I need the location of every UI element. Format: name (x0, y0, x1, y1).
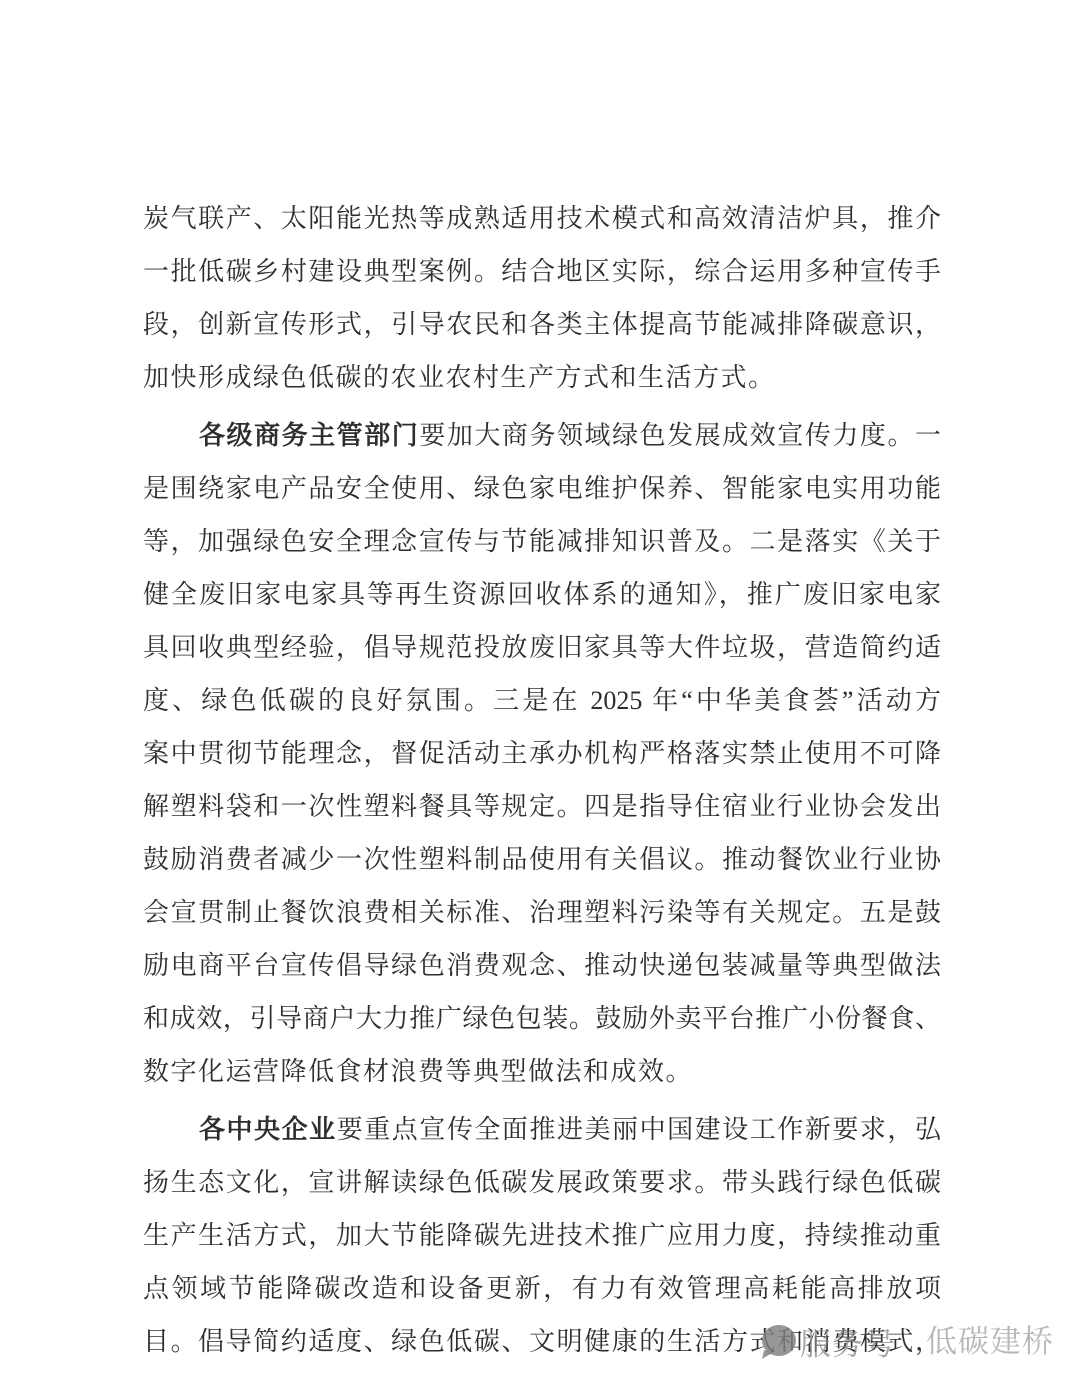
text-line: 加快形成绿色低碳的农业农村生产方式和生活方式。 (143, 351, 941, 404)
text-line: 数字化运营降低食材浪费等典型做法和成效。 (143, 1045, 941, 1098)
text-line: 等，加强绿色安全理念宣传与节能减排知识普及。二是落实《关于 (143, 515, 941, 568)
text-line: 会宣贯制止餐饮浪费相关标准、治理塑料污染等有关规定。五是鼓 (143, 886, 941, 939)
bold-lead-commerce: 各级商务主管部门 (199, 421, 419, 450)
watermark-badge-label: 服务号 (800, 1327, 896, 1363)
text-line: 各中央企业要重点宣传全面推进美丽中国建设工作新要求，弘 (143, 1103, 941, 1156)
text-line: 鼓励消费者减少一次性塑料制品使用有关倡议。推动餐饮业行业协 (143, 833, 941, 886)
text-line: 段，创新宣传形式，引导农民和各类主体提高节能减排降碳意识， (143, 298, 941, 351)
watermark-account-name: 低碳建桥 (926, 1324, 1054, 1360)
text-line: 励电商平台宣传倡导绿色消费观念、推动快递包装减量等典型做法 (143, 939, 941, 992)
text-line: 扬生态文化，宣讲解读绿色低碳发展政策要求。带头践行绿色低碳 (143, 1156, 941, 1209)
text-line: 各级商务主管部门要加大商务领域绿色发展成效宣传力度。一 (143, 409, 941, 462)
watermark-chat-bubble-icon (762, 1325, 796, 1356)
bold-lead-central-enterprises: 各中央企业 (199, 1115, 337, 1144)
text-line: 解塑料袋和一次性塑料餐具等规定。四是指导住宿业行业协会发出 (143, 780, 941, 833)
paragraph-rural-energy: 炭气联产、太阳能光热等成熟适用技术模式和高效清洁炉具，推介 一批低碳乡村建设典型… (143, 192, 941, 404)
text-line: 案中贯彻节能理念，督促活动主承办机构严格落实禁止使用不可降 (143, 727, 941, 780)
text-line: 点领域节能降碳改造和设备更新，有力有效管理高耗能高排放项 (143, 1262, 941, 1315)
text-line: 是围绕家电产品安全使用、绿色家电维护保养、智能家电实用功能 (143, 462, 941, 515)
paragraph-commerce-departments: 各级商务主管部门要加大商务领域绿色发展成效宣传力度。一 是围绕家电产品安全使用、… (143, 409, 941, 1098)
text-line: 和成效，引导商户大力推广绿色包装。鼓励外卖平台推广小份餐食、 (143, 992, 941, 1045)
text-line: 生产生活方式，加大节能降碳先进技术推广应用力度，持续推动重 (143, 1209, 941, 1262)
document-body: 炭气联产、太阳能光热等成熟适用技术模式和高效清洁炉具，推介 一批低碳乡村建设典型… (143, 192, 941, 1368)
text-run: 要加大商务领域绿色发展成效宣传力度。一 (419, 421, 941, 450)
text-line: 具回收典型经验，倡导规范投放废旧家具等大件垃圾，营造简约适 (143, 621, 941, 674)
text-line: 一批低碳乡村建设典型案例。结合地区实际，综合运用多种宣传手 (143, 245, 941, 298)
document-page: 炭气联产、太阳能光热等成熟适用技术模式和高效清洁炉具，推介 一批低碳乡村建设典型… (0, 0, 1080, 1381)
text-line: 炭气联产、太阳能光热等成熟适用技术模式和高效清洁炉具，推介 (143, 192, 941, 245)
text-run: 要重点宣传全面推进美丽中国建设工作新要求，弘 (337, 1115, 941, 1144)
text-line: 度、绿色低碳的良好氛围。三是在 2025 年“中华美食荟”活动方 (143, 674, 941, 727)
text-line: 健全废旧家电家具等再生资源回收体系的通知》，推广废旧家电家 (143, 568, 941, 621)
